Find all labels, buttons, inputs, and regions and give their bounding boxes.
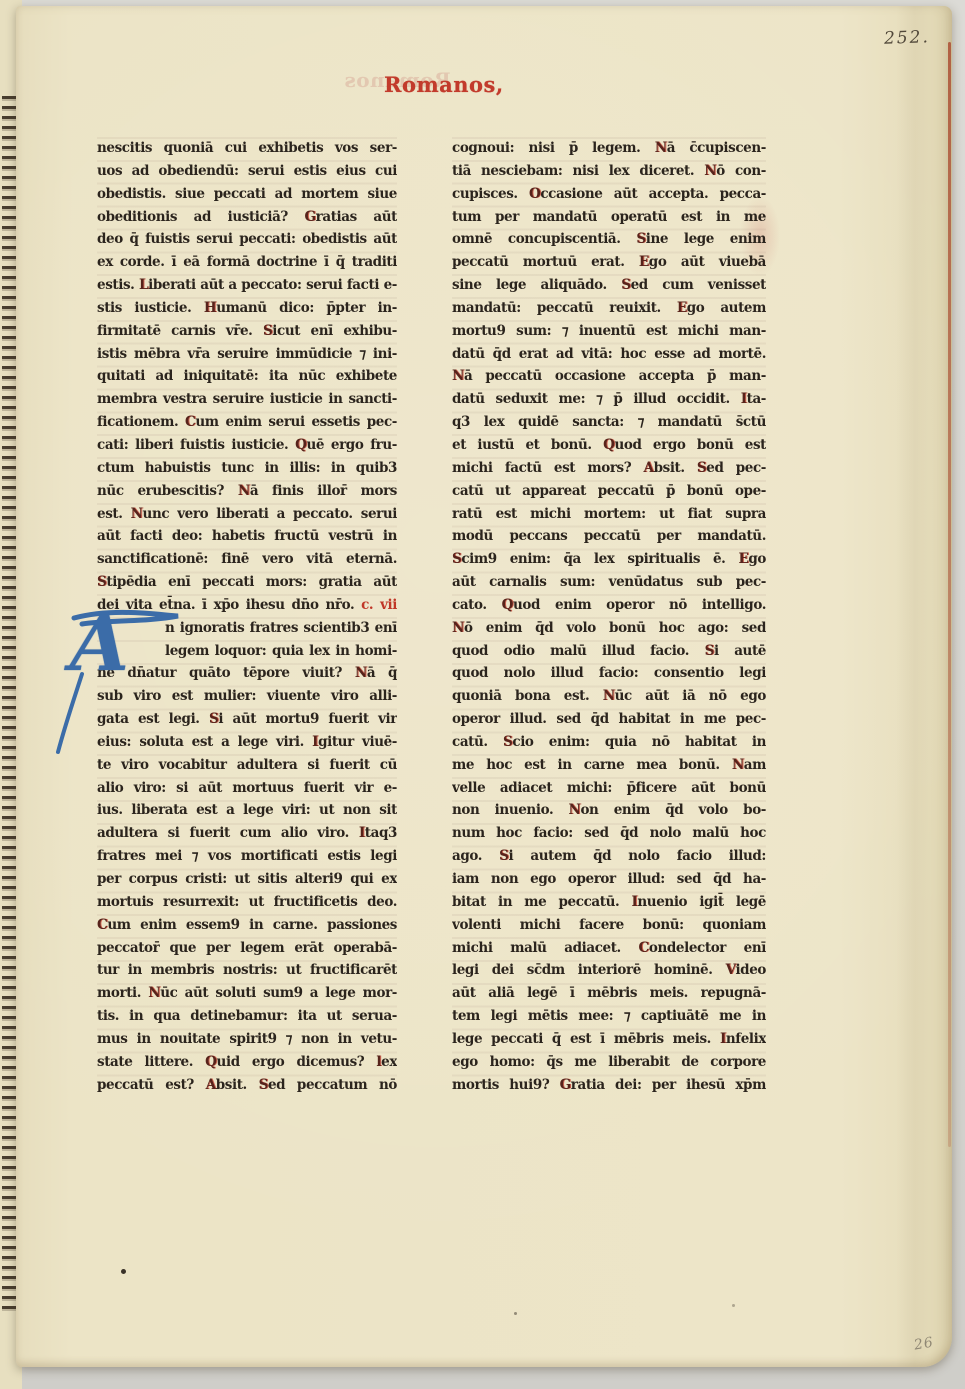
manuscript-page: Romanos Romanos, 252. nescitis quoniā cu… [16,6,952,1367]
text-line: velle adiacet michi: p̄ficere aūt bonū [452,776,766,800]
text-line: tum per mandatū operatū est in me [452,205,766,229]
folio-number: 252. [884,27,931,49]
text-line: gata est legi. Si aūt mortu9 fuerit vir [97,708,397,732]
text-line: deo q̄ fuistis serui peccati: obedistis … [97,228,397,252]
text-line: ius. liberata est a lege viri: ut non si… [97,799,397,823]
text-line: datū q̄d erat ad vitā: hoc esse ad mortē… [452,342,766,366]
text-line: modū peccans peccatū per mandatū. [452,525,766,549]
text-line: tem legi mētis mee: ⁊ captiuātē me in [452,1005,766,1029]
text-line: Cum enim essem9 in carne. passiones [97,913,397,937]
text-line: volenti michi facere bonū: quoniam [452,913,766,937]
manuscript-photo: Romanos Romanos, 252. nescitis quoniā cu… [0,0,965,1389]
text-line: Scim9 enim: q̄a lex spiritualis ē. Ego [452,548,766,572]
text-line: ctum habuistis tunc in illis: in quib3 [97,456,397,480]
text-line: operor illud. sed q̄d habitat in me pec- [452,708,766,732]
text-line: q3 lex quidē sancta: ⁊ mandatū s̄ctū [452,411,766,435]
text-line: Nō enim q̄d volo bonū hoc ago: sed [452,616,766,640]
text-column-right: cognoui: nisi p̄ legem. Nā c̄cupiscen-ti… [452,137,766,1096]
text-line: Nā peccatū occasione accepta p̄ man- [452,365,766,389]
text-line: mandatū: peccatū reuixit. Ego autem [452,297,766,321]
text-line: adultera si fuerit cum alio viro. Itaq3 [97,822,397,846]
text-line: ficationem. Cum enim serui essetis pec- [97,411,397,435]
text-line: ne dn̄atur quāto tēpore viuit? Nā q̄ [97,662,397,686]
ink-speck [514,1312,517,1315]
text-line: ex corde. ī eā formā doctrine ī q̄ tradi… [97,251,397,275]
text-line: peccatū est? Absit. Sed peccatum nō [97,1073,397,1097]
text-line: michi malū adiacet. Condelector enī [452,936,766,960]
text-line: te viro vocabitur adultera si fuerit cū [97,753,397,777]
pencil-leaf-number: 26 [913,1334,935,1353]
text-line: estis. Liberati aūt a peccato: serui fac… [97,274,397,298]
text-line: nescitis quoniā cui exhibetis vos ser- [97,137,397,161]
text-line: peccatū mortuū erat. Ego aūt viuebā [452,251,766,275]
text-line: lege peccati q̄ est ī mēbris meis. Infel… [452,1028,766,1052]
text-line: aūt carnalis sum: venūdatus sub pec- [452,571,766,595]
text-line: quod nolo illud facio: consentio legi [452,662,766,686]
text-line: michi factū est mors? Absit. Sed pec- [452,456,766,480]
ink-speck [121,1269,126,1274]
text-line: alio viro: si aūt mortuus fuerit vir e- [97,776,397,800]
text-line: morti. Nūc aūt soluti sum9 a lege mor- [97,982,397,1006]
text-line: quoniā bona est. Nūc aūt iā nō ego [452,685,766,709]
text-line: state littere. Quid ergo dicemus? lex [97,1050,397,1074]
text-line: aūt facti deo: habetis fructū vestrū in [97,525,397,549]
text-line: obeditionis ad iusticiā? Gratias aūt [97,205,397,229]
red-fore-edge [948,42,951,1147]
text-line: dei vita et̄na. ī xp̄o ihesu dn̄o nr̄o. … [97,594,397,618]
text-line: obedistis. siue peccati ad mortem siue [97,182,397,206]
text-line: catū ut appareat peccatū p̄ bonū ope- [452,479,766,503]
text-line: istis mēbra vr̄a seruire immūdicie ⁊ ini… [97,342,397,366]
text-line: firmitatē carnis vr̄e. Sicut enī exhibu- [97,319,397,343]
running-title: Romanos, [384,72,504,97]
text-line: mus in nouitate spirit9 ⁊ non in vetu- [97,1028,397,1052]
text-line: membra vestra seruire iusticie in sancti… [97,388,397,412]
text-line: mortis hui9? Gratia dei: per ihesū xp̄m [452,1073,766,1097]
text-line: ego homo: q̄s me liberabit de corpore [452,1050,766,1074]
text-line: n ignoratis fratres scientib3 enī [97,616,397,640]
text-line: iam non ego operor illud: sed q̄d ha- [452,868,766,892]
text-line: mortu9 sum: ⁊ inuentū est michi man- [452,319,766,343]
text-line: bitat in me peccatū. Inuenio igit̄ legē [452,891,766,915]
text-line: peccator̄ que per legem erāt operabā- [97,936,397,960]
text-line: est. Nunc vero liberati a peccato. serui [97,502,397,526]
text-line: et iustū et bonū. Quod ergo bonū est [452,434,766,458]
text-line: uos ad obediendū: serui estis eius cui [97,160,397,184]
text-line: mortuis resurrexit: ut fructificetis deo… [97,891,397,915]
text-line: aūt aliā legē ī mēbris meis. repugnā- [452,982,766,1006]
text-line: tur in membris nostris: ut fructificarēt [97,959,397,983]
text-line: tis. in qua detinebamur: ita ut serua- [97,1005,397,1029]
text-line: stis iusticie. Humanū dico: p̄pter in- [97,297,397,321]
text-line: cognoui: nisi p̄ legem. Nā c̄cupiscen- [452,137,766,161]
text-line: num hoc facio: sed q̄d nolo malū hoc [452,822,766,846]
text-line: eius: soluta est a lege viri. Igitur viu… [97,731,397,755]
text-line: per corpus cristi: ut sitis alteri9 qui … [97,868,397,892]
text-line: cato. Quod enim operor nō intelligo. [452,594,766,618]
text-line: tiā nesciebam: nisi lex diceret. Nō con- [452,160,766,184]
adjacent-leaf-text-strip [2,96,16,1311]
text-line: non inuenio. Non enim q̄d volo bo- [452,799,766,823]
text-line: nūc erubescitis? Nā finis illor̄ mors [97,479,397,503]
ink-speck [732,1304,735,1307]
text-line: fratres mei ⁊ vos mortificati estis legi [97,845,397,869]
text-line: cati: liberi fuistis iusticie. Quē ergo … [97,434,397,458]
text-line: ratū est michi mortem: ut fiat supra [452,502,766,526]
text-line: legi dei sc̄dm interiorē hominē. Video [452,959,766,983]
text-line: cupisces. Occasione aūt accepta. pecca- [452,182,766,206]
text-line: Stipēdia enī peccati mors: gratia aūt [97,571,397,595]
text-line: datū seduxit me: ⁊ p̄ illud occidit. Ita… [452,388,766,412]
page-crease [896,6,930,1367]
text-line: quitati ad iniquitatē: ita nūc exhibete [97,365,397,389]
text-line: omnē concupiscentiā. Sine lege enim [452,228,766,252]
text-line: sub viro est mulier: viuente viro alli- [97,685,397,709]
text-line: sine lege aliquādo. Sed cum venisset [452,274,766,298]
text-line: quod odio malū illud facio. Si autē [452,639,766,663]
text-line: sanctificationē: finē vero vitā eternā. [97,548,397,572]
text-line: me hoc est in carne mea bonū. Nam [452,753,766,777]
text-line: catū. Scio enim: quia nō habitat in [452,731,766,755]
text-line: ago. Si autem q̄d nolo facio illud: [452,845,766,869]
text-column-left: nescitis quoniā cui exhibetis vos ser-uo… [97,137,397,1096]
text-line: legem loquor: quia lex in homi- [97,639,397,663]
